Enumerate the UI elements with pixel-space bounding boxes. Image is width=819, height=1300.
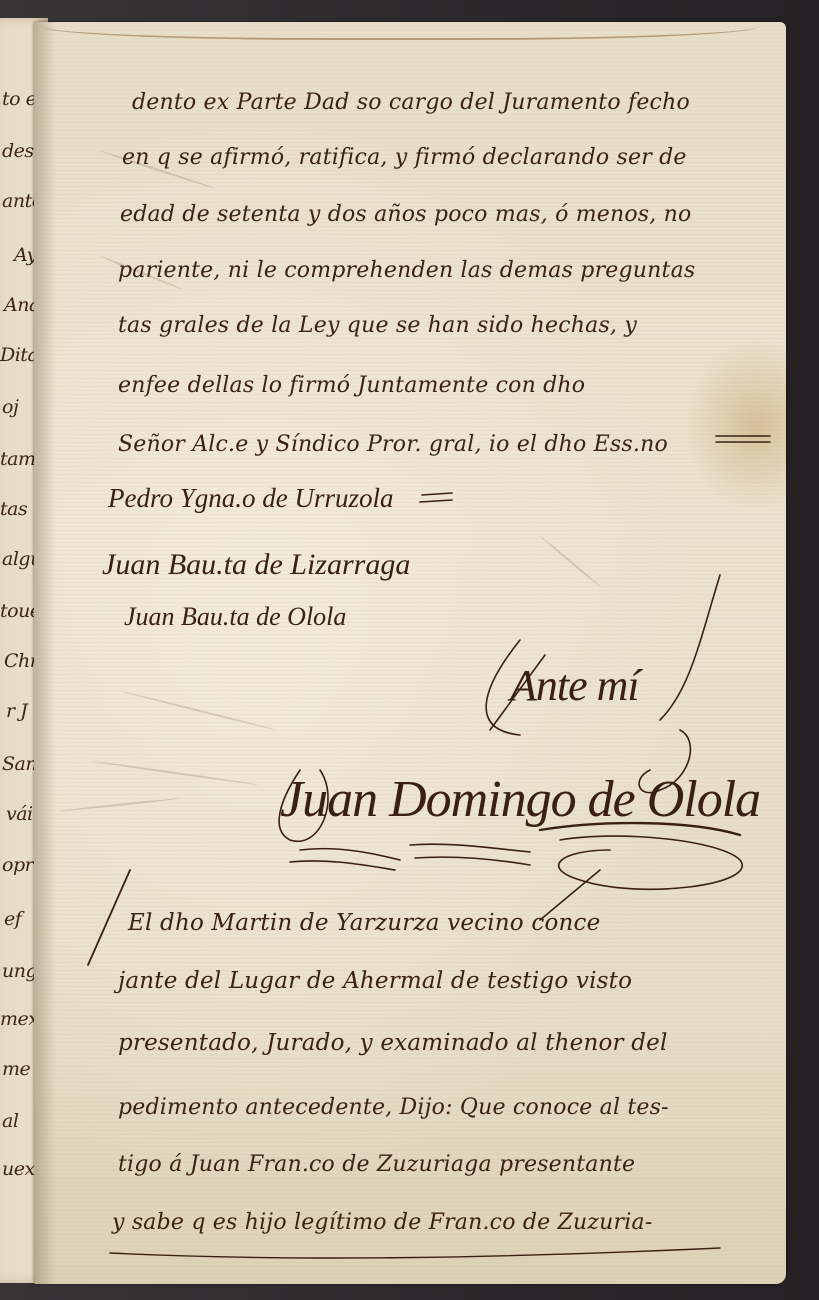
testimony-line: tigo á Juan Fran.co de Zuzuriaga present… xyxy=(118,1152,635,1177)
testimony-line: y sabe q es hijo legítimo de Fran.co de … xyxy=(112,1210,652,1235)
testimony-line: El dho Martin de Yarzurza vecino conce xyxy=(128,910,600,936)
testimony-line: jante del Lugar de Ahermal de testigo vi… xyxy=(118,968,632,994)
testimony-line: pedimento antecedente, Dijo: Que conoce … xyxy=(118,1095,669,1120)
testimony-line: presentado, Jurado, y examinado al theno… xyxy=(118,1030,668,1056)
